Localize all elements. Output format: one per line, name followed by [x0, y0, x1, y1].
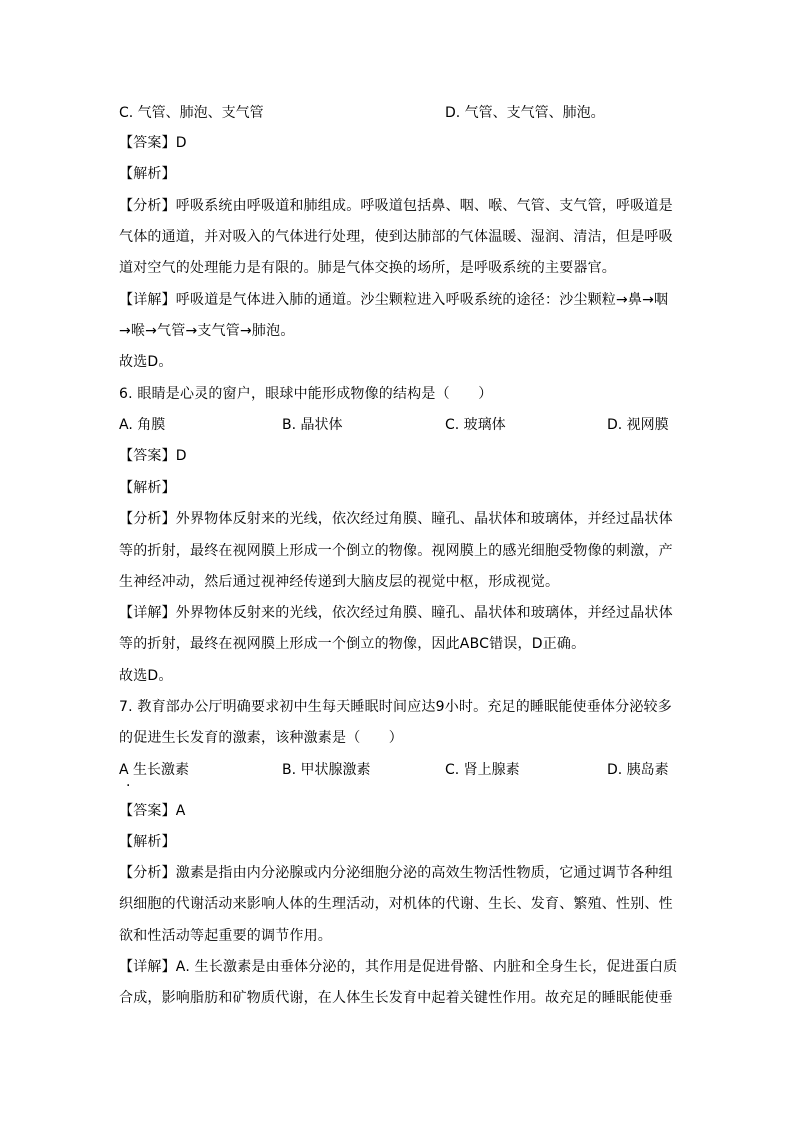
- q5-option-c: C. 气管、肺泡、支气管: [119, 103, 264, 123]
- q6-analysis-heading: 【解析】: [119, 478, 176, 498]
- q6-option-a: A. 角膜: [119, 415, 165, 435]
- q7-stem-line: 的促进生长发育的激素，该种激素是（ ）: [119, 728, 403, 748]
- q6-stem: 6. 眼睛是心灵的窗户，眼球中能形成物像的结构是（ ）: [119, 384, 492, 404]
- q5-answer: 【答案】D: [119, 133, 187, 153]
- q6-fenxi-line: 【分析】外界物体反射来的光线，依次经过角膜、瞳孔、晶状体和玻璃体，并经过晶状体: [119, 509, 673, 529]
- q5-fenxi-line: 【分析】呼吸系统由呼吸道和肺组成。呼吸道包括鼻、咽、喉、气管、支气管，呼吸道是: [119, 196, 673, 216]
- q7-xiangjie-line: 合成，影响脂肪和矿物质代谢，在人体生长发育中起着关键性作用。故充足的睡眠能使垂: [119, 988, 673, 1008]
- q6-option-b: B. 晶状体: [282, 415, 343, 435]
- q7-option-b: B. 甲状腺激素: [282, 760, 371, 780]
- q7-fenxi-line: 织细胞的代谢活动来影响人体的生理活动，对机体的代谢、生长、发育、繁殖、性别、性: [119, 894, 673, 914]
- q5-analysis-heading: 【解析】: [119, 164, 176, 184]
- q7-answer: 【答案】A: [119, 801, 186, 821]
- q6-answer: 【答案】D: [119, 446, 187, 466]
- q6-fenxi-line: 等的折射，最终在视网膜上形成一个倒立的物像。视网膜上的感光细胞受物像的刺激，产: [119, 541, 673, 561]
- q7-fenxi-line: 欲和性活动等起重要的调节作用。: [119, 926, 332, 946]
- q6-xiangjie-line: 等的折射，最终在视网膜上形成一个倒立的物像，因此ABC错误，D正确。: [119, 634, 585, 654]
- q5-conclusion: 故选D。: [119, 352, 173, 372]
- q7-option-a: A 生长激素: [119, 760, 189, 780]
- q7-option-d: D. 胰岛素: [607, 760, 669, 780]
- q5-xiangjie-line: 【详解】呼吸道是气体进入肺的通道。沙尘颗粒进入呼吸系统的途径：沙尘颗粒→鼻→咽: [119, 290, 668, 310]
- q6-fenxi-line: 生神经冲动，然后通过视神经传递到大脑皮层的视觉中枢，形成视觉。: [119, 572, 559, 592]
- q5-xiangjie-line: →喉→气管→支气管→肺泡。: [119, 321, 295, 341]
- q7-analysis-heading: 【解析】: [119, 832, 176, 852]
- q7-option-c: C. 肾上腺素: [445, 760, 520, 780]
- q5-fenxi-line: 道对空气的处理能力是有限的。肺是气体交换的场所，是呼吸系统的主要器官。: [119, 258, 616, 278]
- q6-option-c: C. 玻璃体: [445, 415, 506, 435]
- q6-conclusion: 故选D。: [119, 666, 173, 686]
- stray-dot: ·: [126, 781, 130, 791]
- q6-option-d: D. 视网膜: [607, 415, 669, 435]
- q7-fenxi-line: 【分析】激素是指由内分泌腺或内分泌细胞分泌的高效生物活性物质，它通过调节各种组: [119, 863, 673, 883]
- q5-option-d: D. 气管、支气管、肺泡。: [445, 103, 605, 123]
- q7-xiangjie-line: 【详解】A. 生长激素是由垂体分泌的，其作用是促进骨骼、内脏和全身生长，促进蛋白…: [119, 957, 677, 977]
- q7-stem-line: 7. 教育部办公厅明确要求初中生每天睡眠时间应达9小时。充足的睡眠能使垂体分泌较…: [119, 697, 672, 717]
- q5-fenxi-line: 气体的通道，并对吸入的气体进行处理，使到达肺部的气体温暖、湿润、清洁，但是呼吸: [119, 227, 673, 247]
- q6-xiangjie-line: 【详解】外界物体反射来的光线，依次经过角膜、瞳孔、晶状体和玻璃体，并经过晶状体: [119, 603, 673, 623]
